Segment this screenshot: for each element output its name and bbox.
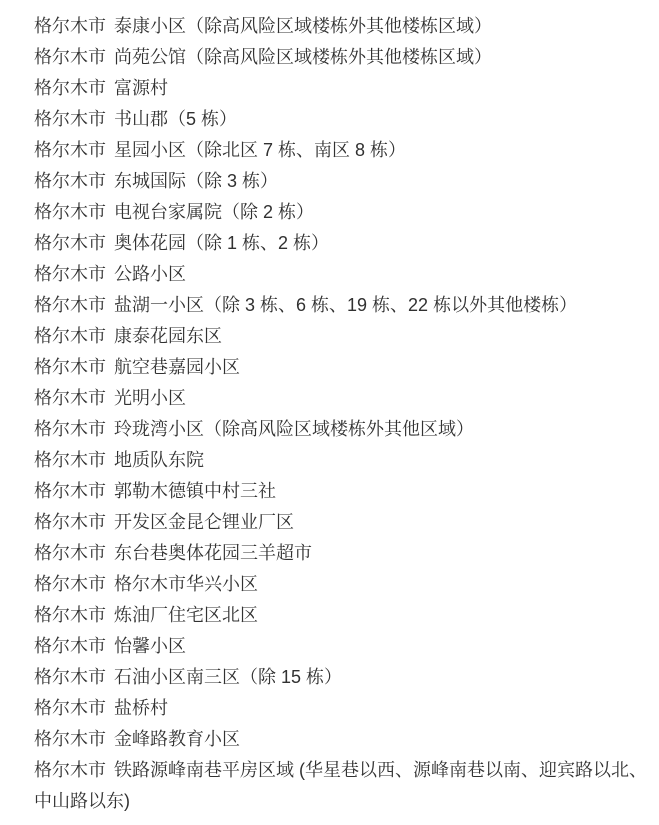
city-label: 格尔木市	[34, 326, 106, 346]
list-item: 格尔木市金峰路教育小区	[34, 724, 647, 755]
area-label: 东城国际（除 3 栋）	[114, 171, 278, 191]
risk-area-list-page: 格尔木市泰康小区（除高风险区域楼栋外其他楼栋区域） 格尔木市尚苑公馆（除高风险区…	[0, 0, 659, 817]
list-item: 格尔木市地质队东院	[34, 445, 647, 476]
area-label: 石油小区南三区（除 15 栋）	[114, 667, 342, 687]
list-item: 格尔木市航空巷嘉园小区	[34, 352, 647, 383]
area-label: 盐桥村	[114, 698, 168, 718]
city-label: 格尔木市	[34, 264, 106, 284]
list-item: 格尔木市东城国际（除 3 栋）	[34, 166, 647, 197]
city-label: 格尔木市	[34, 233, 106, 253]
city-label: 格尔木市	[34, 698, 106, 718]
area-label: 铁路源峰南巷平房区域 (华星巷以西、源峰南巷以南、迎宾路以北、中山路以东)	[34, 760, 647, 811]
city-label: 格尔木市	[34, 419, 106, 439]
list-item: 格尔木市尚苑公馆（除高风险区域楼栋外其他楼栋区域）	[34, 42, 647, 73]
list-item: 格尔木市光明小区	[34, 383, 647, 414]
list-item: 格尔木市康泰花园东区	[34, 321, 647, 352]
area-label: 书山郡（5 栋）	[114, 109, 237, 129]
city-label: 格尔木市	[34, 295, 106, 315]
city-label: 格尔木市	[34, 357, 106, 377]
list-item: 格尔木市铁路源峰南巷平房区域 (华星巷以西、源峰南巷以南、迎宾路以北、中山路以东…	[34, 755, 647, 817]
list-item: 格尔木市富源村	[34, 73, 647, 104]
city-label: 格尔木市	[34, 171, 106, 191]
city-label: 格尔木市	[34, 574, 106, 594]
list-item: 格尔木市石油小区南三区（除 15 栋）	[34, 662, 647, 693]
city-label: 格尔木市	[34, 109, 106, 129]
list-item: 格尔木市玲珑湾小区（除高风险区域楼栋外其他区域）	[34, 414, 647, 445]
area-label: 开发区金昆仑锂业厂区	[114, 512, 294, 532]
city-label: 格尔木市	[34, 636, 106, 656]
area-label: 康泰花园东区	[114, 326, 222, 346]
list-item: 格尔木市炼油厂住宅区北区	[34, 600, 647, 631]
list-item: 格尔木市盐桥村	[34, 693, 647, 724]
area-label: 电视台家属院（除 2 栋）	[114, 202, 314, 222]
area-label: 盐湖一小区（除 3 栋、6 栋、19 栋、22 栋以外其他楼栋）	[114, 295, 577, 315]
city-label: 格尔木市	[34, 450, 106, 470]
area-label: 怡馨小区	[114, 636, 186, 656]
city-label: 格尔木市	[34, 140, 106, 160]
area-label: 星园小区（除北区 7 栋、南区 8 栋）	[114, 140, 406, 160]
city-label: 格尔木市	[34, 16, 106, 36]
area-label: 金峰路教育小区	[114, 729, 240, 749]
list-item: 格尔木市怡馨小区	[34, 631, 647, 662]
area-label: 郭勒木德镇中村三社	[114, 481, 276, 501]
area-label: 东台巷奥体花园三羊超市	[114, 543, 312, 563]
area-label: 光明小区	[114, 388, 186, 408]
area-label: 地质队东院	[114, 450, 204, 470]
area-label: 炼油厂住宅区北区	[114, 605, 258, 625]
area-label: 航空巷嘉园小区	[114, 357, 240, 377]
area-list: 格尔木市泰康小区（除高风险区域楼栋外其他楼栋区域） 格尔木市尚苑公馆（除高风险区…	[0, 0, 659, 817]
area-label: 奥体花园（除 1 栋、2 栋）	[114, 233, 329, 253]
list-item: 格尔木市东台巷奥体花园三羊超市	[34, 538, 647, 569]
area-label: 格尔木市华兴小区	[114, 574, 258, 594]
area-label: 富源村	[114, 78, 168, 98]
area-label: 泰康小区（除高风险区域楼栋外其他楼栋区域）	[114, 16, 492, 36]
city-label: 格尔木市	[34, 729, 106, 749]
city-label: 格尔木市	[34, 543, 106, 563]
list-item: 格尔木市开发区金昆仑锂业厂区	[34, 507, 647, 538]
city-label: 格尔木市	[34, 481, 106, 501]
list-item: 格尔木市郭勒木德镇中村三社	[34, 476, 647, 507]
city-label: 格尔木市	[34, 388, 106, 408]
list-item: 格尔木市电视台家属院（除 2 栋）	[34, 197, 647, 228]
city-label: 格尔木市	[34, 78, 106, 98]
area-label: 玲珑湾小区（除高风险区域楼栋外其他区域）	[114, 419, 474, 439]
area-label: 尚苑公馆（除高风险区域楼栋外其他楼栋区域）	[114, 47, 492, 67]
city-label: 格尔木市	[34, 760, 106, 780]
city-label: 格尔木市	[34, 605, 106, 625]
city-label: 格尔木市	[34, 202, 106, 222]
city-label: 格尔木市	[34, 47, 106, 67]
list-item: 格尔木市格尔木市华兴小区	[34, 569, 647, 600]
area-label: 公路小区	[114, 264, 186, 284]
list-item: 格尔木市盐湖一小区（除 3 栋、6 栋、19 栋、22 栋以外其他楼栋）	[34, 290, 647, 321]
list-item: 格尔木市泰康小区（除高风险区域楼栋外其他楼栋区域）	[34, 11, 647, 42]
list-item: 格尔木市公路小区	[34, 259, 647, 290]
list-item: 格尔木市书山郡（5 栋）	[34, 104, 647, 135]
city-label: 格尔木市	[34, 667, 106, 687]
city-label: 格尔木市	[34, 512, 106, 532]
list-item: 格尔木市奥体花园（除 1 栋、2 栋）	[34, 228, 647, 259]
list-item: 格尔木市星园小区（除北区 7 栋、南区 8 栋）	[34, 135, 647, 166]
